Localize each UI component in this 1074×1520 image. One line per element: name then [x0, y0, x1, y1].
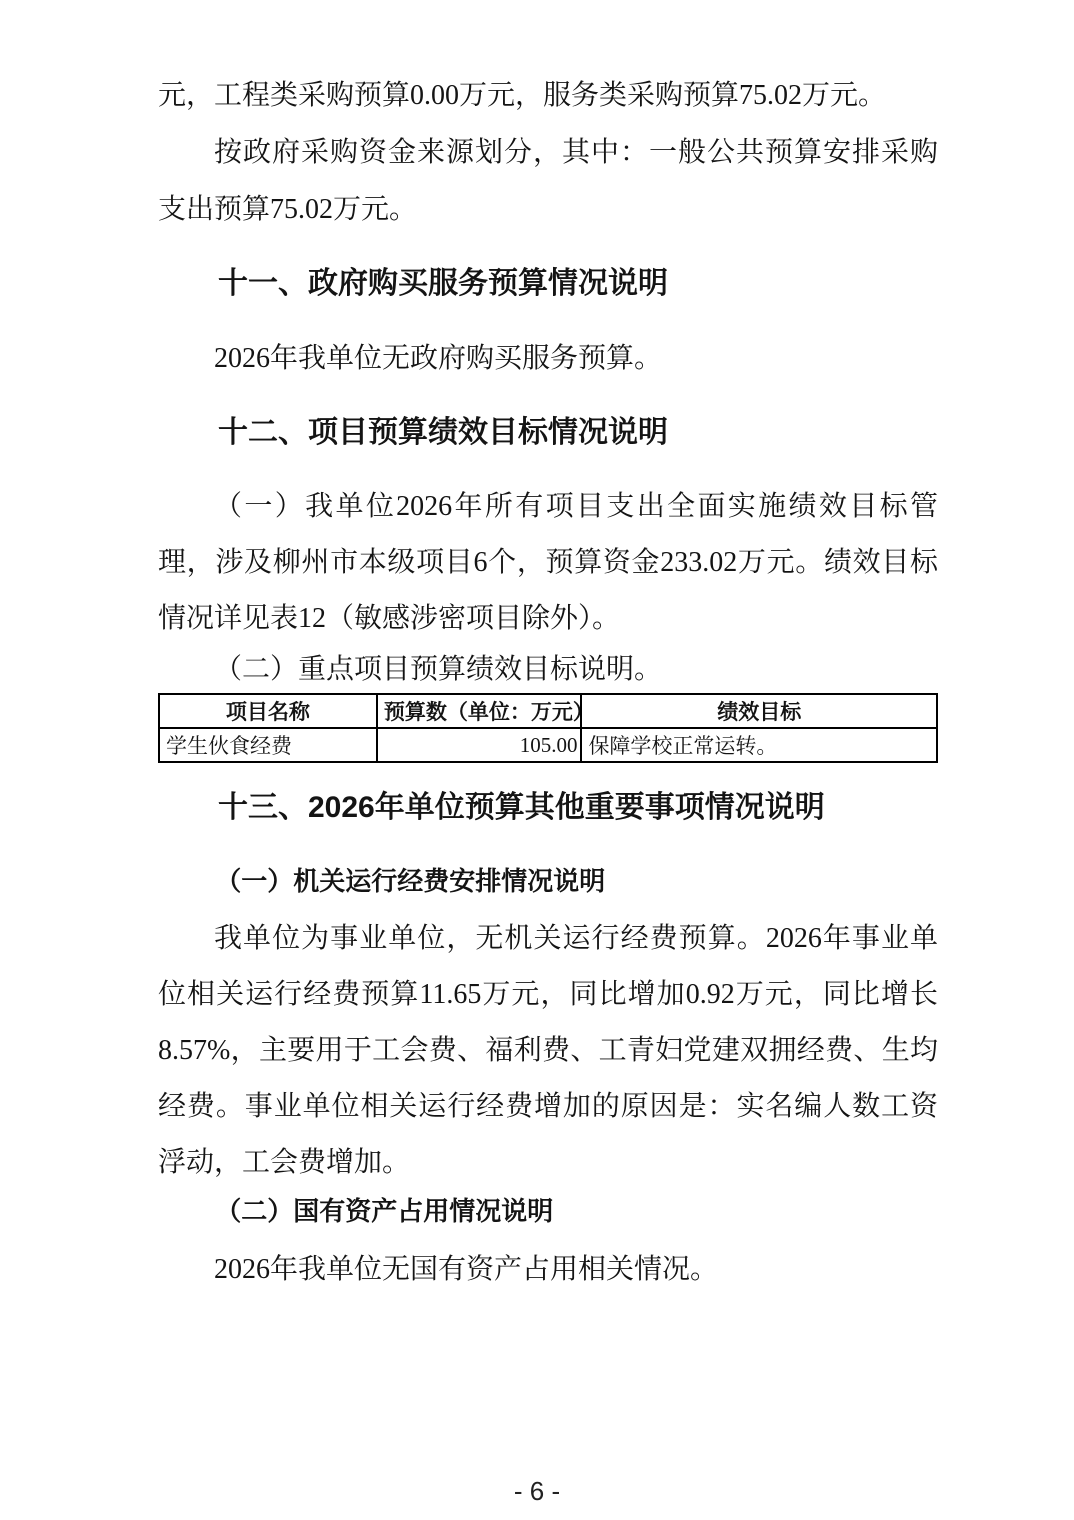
section-12-heading: 十二、项目预算绩效目标情况说明	[158, 404, 938, 462]
section-13-heading: 十三、2026年单位预算其他重要事项情况说明	[158, 779, 938, 837]
table-cell-budget-amount: 105.00	[377, 728, 582, 762]
table-cell-performance-target: 保障学校正常运转。	[581, 728, 937, 762]
section-13-sub-1-paragraph: 我单位为事业单位，无机关运行经费预算。2026年事业单位相关运行经费预算11.6…	[158, 911, 938, 1191]
document-body: 元，工程类采购预算0.00万元，服务类采购预算75.02万元。 按政府采购资金来…	[158, 67, 938, 1298]
section-11-paragraph: 2026年我单位无政府购买服务预算。	[158, 330, 938, 387]
performance-target-table: 项目名称 预算数（单位：万元） 绩效目标 学生伙食经费 105.00 保障学校正…	[158, 693, 938, 763]
section-12-paragraph-1: （一）我单位2026年所有项目支出全面实施绩效目标管理，涉及柳州市本级项目6个，…	[158, 479, 938, 647]
section-13-sub-2-paragraph: 2026年我单位无国有资产占用相关情况。	[158, 1241, 938, 1298]
table-header-performance-target: 绩效目标	[581, 694, 937, 728]
paragraph-funding-source: 按政府采购资金来源划分，其中：一般公共预算安排采购支出预算75.02万元。	[158, 124, 938, 238]
table-row: 学生伙食经费 105.00 保障学校正常运转。	[159, 728, 937, 762]
table-cell-project-name: 学生伙食经费	[159, 728, 377, 762]
section-13-sub-1-heading: （一）机关运行经费安排情况说明	[158, 853, 938, 911]
table-header-budget-amount: 预算数（单位：万元）	[377, 694, 582, 728]
page-number: - 6 -	[0, 1476, 1074, 1507]
table-header-row: 项目名称 预算数（单位：万元） 绩效目标	[159, 694, 937, 728]
document-page: 元，工程类采购预算0.00万元，服务类采购预算75.02万元。 按政府采购资金来…	[0, 0, 1074, 1520]
paragraph-procurement-continuation: 元，工程类采购预算0.00万元，服务类采购预算75.02万元。	[158, 67, 938, 124]
table-header-project-name: 项目名称	[159, 694, 377, 728]
section-11-heading: 十一、政府购买服务预算情况说明	[158, 255, 938, 313]
section-12-paragraph-2: （二）重点项目预算绩效目标说明。	[158, 647, 938, 693]
section-13-sub-2-heading: （二）国有资产占用情况说明	[158, 1183, 938, 1241]
